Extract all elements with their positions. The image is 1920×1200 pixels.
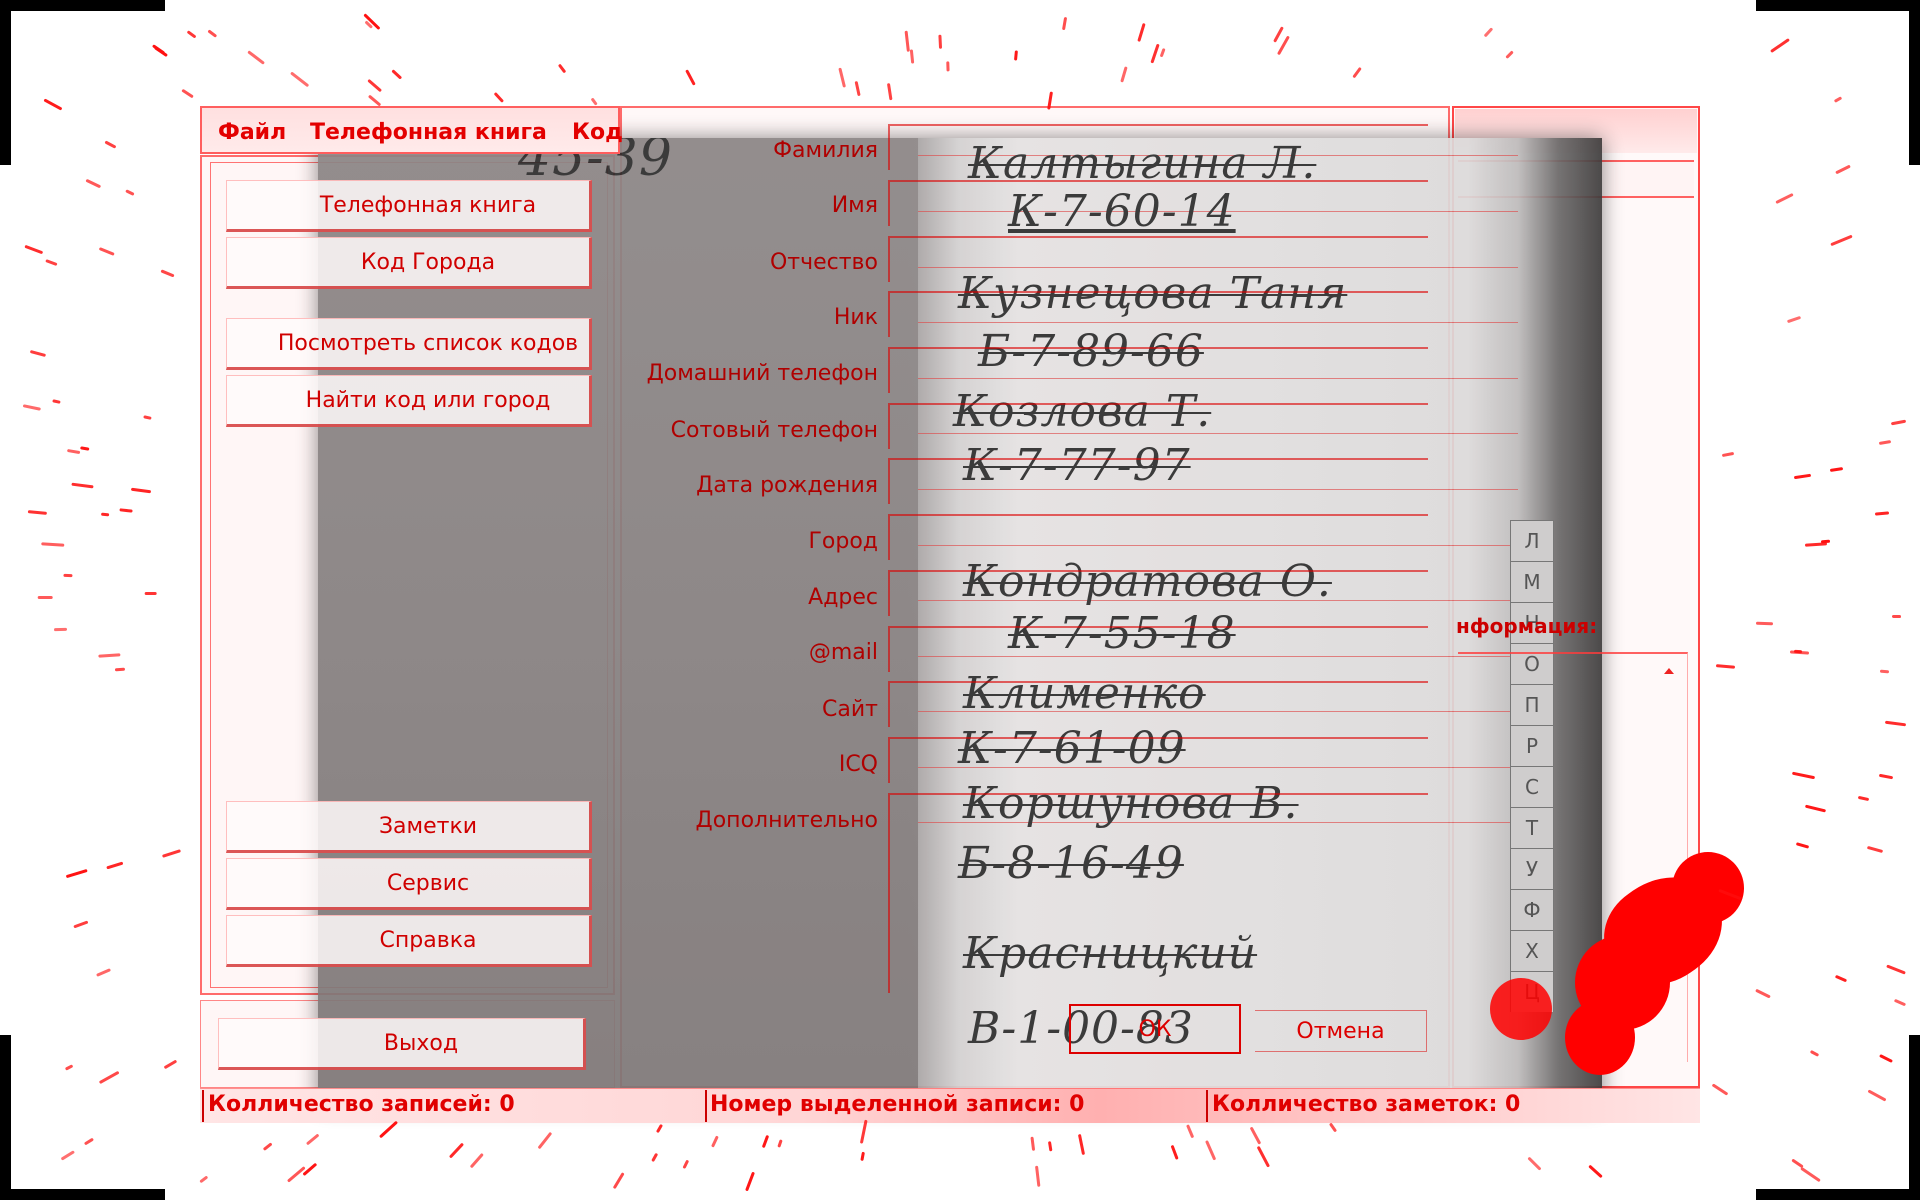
- blood-drop: [30, 350, 46, 357]
- blood-drop: [1048, 1141, 1053, 1152]
- blood-drop: [1835, 975, 1847, 982]
- label-first-name: Имя: [832, 193, 878, 218]
- blood-drop: [45, 259, 58, 266]
- blood-drop: [685, 70, 696, 86]
- blood-drop: [99, 1071, 120, 1084]
- exit-button[interactable]: Выход: [218, 1018, 586, 1070]
- blood-drop: [1894, 999, 1906, 1006]
- blood-drop: [1277, 35, 1290, 55]
- blood-drop: [162, 849, 181, 858]
- blood-drop: [1800, 1167, 1821, 1182]
- website-input[interactable]: [888, 681, 1428, 727]
- view-codes-button-label: Посмотреть список кодов: [278, 331, 578, 356]
- blood-drop: [131, 488, 151, 494]
- blood-drop: [379, 1121, 398, 1139]
- notes-count-status: Колличество заметок: 0: [1212, 1092, 1520, 1117]
- frame-corner-top-left: [0, 0, 165, 11]
- blood-drop: [1787, 315, 1801, 322]
- blood-drop: [1273, 26, 1284, 42]
- notes-button-label: Заметки: [379, 814, 477, 839]
- blood-drop: [28, 510, 47, 515]
- home-phone-input[interactable]: [888, 347, 1428, 393]
- blood-drop: [67, 449, 80, 454]
- blood-drop: [777, 1139, 782, 1148]
- frame-corner-top-left-v: [0, 0, 11, 165]
- ok-button-label: ОК: [1139, 1017, 1172, 1042]
- blood-drop: [1352, 67, 1362, 79]
- blood-drop: [1527, 1156, 1541, 1170]
- blood-drop: [1796, 842, 1810, 849]
- blood-drop: [1775, 193, 1793, 204]
- blood-drop: [1868, 1090, 1887, 1102]
- first-name-input[interactable]: [888, 180, 1428, 226]
- blood-drop: [40, 542, 63, 546]
- blood-drop: [73, 921, 88, 929]
- blood-drop: [494, 92, 504, 103]
- blood-drop: [1062, 17, 1067, 30]
- blood-drop: [1834, 96, 1843, 103]
- birth-date-input[interactable]: [888, 458, 1428, 504]
- label-birth-date: Дата рождения: [696, 473, 878, 498]
- blood-drop: [51, 399, 60, 404]
- scroll-up-arrow-icon[interactable]: [1664, 668, 1674, 674]
- label-city: Город: [808, 529, 878, 554]
- blood-drop: [163, 1060, 177, 1070]
- blood-drop: [24, 244, 43, 254]
- blood-drop: [1031, 1136, 1036, 1150]
- blood-drop: [1892, 615, 1901, 618]
- label-last-name: Фамилия: [773, 138, 878, 163]
- blood-drop: [938, 34, 942, 49]
- blood-drop: [302, 1163, 317, 1177]
- blood-drop: [1137, 23, 1145, 42]
- blood-drop: [144, 592, 156, 595]
- frame-corner-bottom-right: [1756, 1189, 1920, 1200]
- blood-drop: [1035, 1166, 1040, 1188]
- records-count-status: Колличество записей: 0: [208, 1092, 515, 1117]
- blood-drop: [854, 81, 860, 96]
- blood-drop: [43, 98, 62, 110]
- nick-input[interactable]: [888, 291, 1428, 337]
- cancel-button-label: Отмена: [1296, 1019, 1384, 1044]
- blood-drop: [1256, 1146, 1269, 1167]
- address-input[interactable]: [888, 570, 1428, 616]
- help-button-label: Справка: [380, 928, 477, 953]
- blood-drop: [860, 1152, 865, 1162]
- blood-drop: [1858, 796, 1870, 801]
- frame-corner-top-right: [1756, 0, 1920, 11]
- blood-drop: [1250, 1127, 1262, 1145]
- label-mobile-phone: Сотовый телефон: [671, 418, 878, 443]
- blood-drop: [1711, 1083, 1728, 1095]
- blood-drop: [1756, 622, 1773, 625]
- blood-drop: [651, 1152, 658, 1162]
- blood-drop: [1120, 66, 1127, 82]
- blood-drop: [66, 869, 88, 878]
- city-input[interactable]: [888, 514, 1428, 560]
- blood-drop: [71, 483, 94, 489]
- blood-drop: [61, 1150, 76, 1161]
- blood-drop: [1810, 1050, 1820, 1057]
- find-code-button[interactable]: Найти код или город: [226, 375, 592, 427]
- blood-drop: [761, 1135, 768, 1148]
- blood-splatter-icon: [1490, 978, 1552, 1040]
- blood-drop: [247, 50, 265, 65]
- blood-drop: [1770, 38, 1790, 53]
- view-codes-button[interactable]: Посмотреть список кодов: [226, 318, 592, 370]
- blood-drop: [1792, 772, 1815, 780]
- service-button-label: Сервис: [387, 871, 469, 896]
- blood-drop: [1505, 50, 1514, 59]
- city-code-button-label: Код Города: [361, 250, 495, 275]
- blood-drop: [125, 190, 135, 197]
- blood-drop: [1722, 452, 1734, 457]
- blood-drop: [1160, 47, 1166, 57]
- email-input[interactable]: [888, 626, 1428, 672]
- blood-drop: [838, 67, 846, 87]
- selected-record-status: Номер выделенной записи: 0: [710, 1092, 1084, 1117]
- blood-drop: [80, 446, 90, 451]
- blood-drop: [1830, 235, 1852, 246]
- blood-drop: [392, 69, 403, 79]
- blood-drop: [470, 1153, 484, 1168]
- blood-drop: [106, 861, 123, 869]
- blood-drop: [449, 1142, 464, 1158]
- blood-drop: [104, 140, 116, 149]
- mobile-phone-input[interactable]: [888, 403, 1428, 449]
- blood-drop: [1484, 27, 1493, 37]
- blood-drop: [101, 513, 109, 517]
- blood-drop: [152, 45, 165, 55]
- menu-file[interactable]: Файл: [218, 120, 286, 145]
- blood-drop: [558, 63, 566, 73]
- blood-drop: [143, 415, 152, 420]
- blood-drop: [745, 1172, 755, 1192]
- blood-drop: [1867, 846, 1884, 853]
- blood-drop: [1171, 1145, 1179, 1160]
- blood-drop: [1885, 720, 1906, 726]
- frame-corner-bottom-left: [0, 1189, 165, 1200]
- blood-drop: [263, 1142, 272, 1150]
- blood-drop: [1151, 44, 1160, 64]
- blood-splatter-icon: [1565, 1000, 1635, 1075]
- help-button[interactable]: Справка: [226, 915, 592, 967]
- blood-drop: [120, 508, 133, 512]
- ok-button[interactable]: ОК: [1069, 1004, 1241, 1054]
- blood-drop: [904, 31, 909, 52]
- exit-button-label: Выход: [384, 1031, 458, 1056]
- blood-drop: [946, 61, 949, 71]
- menu-phonebook[interactable]: Телефонная книга: [310, 120, 547, 145]
- blood-drop: [1078, 1134, 1085, 1155]
- frame-corner-bottom-right-v: [1909, 1035, 1920, 1200]
- blood-drop: [54, 628, 67, 631]
- blood-drop: [1805, 542, 1827, 546]
- blood-drop: [1879, 1054, 1893, 1063]
- right-search-button[interactable]: [1668, 160, 1694, 198]
- blood-drop: [909, 50, 913, 64]
- blood-drop: [85, 179, 101, 189]
- blood-drop: [84, 1137, 94, 1145]
- blood-drop: [1886, 964, 1906, 974]
- label-website: Сайт: [822, 697, 878, 722]
- blood-drop: [306, 1134, 320, 1146]
- blood-drop: [367, 78, 382, 92]
- last-name-input[interactable]: [888, 124, 1428, 170]
- status-divider: [705, 1090, 707, 1122]
- alphabet-tab: Л: [1510, 520, 1554, 561]
- blood-drop: [207, 29, 217, 38]
- info-label: нформация:: [1456, 614, 1597, 638]
- blood-drop: [590, 97, 597, 105]
- blood-drop: [1891, 420, 1906, 426]
- blood-drop: [1804, 804, 1825, 812]
- blood-drop: [1755, 989, 1770, 999]
- blood-drop: [23, 404, 41, 411]
- blood-drop: [682, 1159, 689, 1169]
- status-divider: [202, 1090, 204, 1122]
- blood-drop: [38, 596, 53, 599]
- label-icq: ICQ: [839, 752, 878, 777]
- blood-drop: [1835, 165, 1851, 175]
- blood-drop: [711, 1136, 719, 1148]
- label-email: @mail: [809, 640, 878, 665]
- blood-drop: [97, 654, 120, 658]
- blood-drop: [63, 573, 73, 576]
- cancel-button[interactable]: Отмена: [1255, 1010, 1427, 1052]
- blood-drop: [1880, 669, 1890, 673]
- blood-drop: [887, 82, 893, 100]
- blood-drop: [161, 269, 175, 277]
- blood-drop: [1879, 774, 1893, 780]
- alphabet-tab: М: [1510, 561, 1554, 602]
- blood-drop: [1793, 474, 1810, 479]
- phonebook-button-label: Телефонная книга: [320, 193, 536, 218]
- menu-bar: Файл Телефонная книга Код: [200, 106, 620, 154]
- label-address: Адрес: [808, 585, 878, 610]
- phonebook-button[interactable]: Телефонная книга: [226, 180, 592, 232]
- blood-drop: [538, 1132, 553, 1149]
- blood-drop: [656, 1124, 663, 1133]
- blood-drop: [1875, 512, 1889, 516]
- blood-drop: [182, 89, 195, 99]
- blood-drop: [1588, 1165, 1603, 1179]
- find-code-button-label: Найти код или город: [306, 388, 551, 413]
- blood-drop: [65, 1064, 74, 1070]
- blood-drop: [1206, 1140, 1217, 1161]
- status-divider: [1206, 1090, 1208, 1122]
- city-code-button[interactable]: Код Города: [226, 237, 592, 289]
- blood-drop: [1329, 1122, 1337, 1132]
- blood-drop: [290, 72, 309, 88]
- blood-drop: [97, 968, 112, 977]
- frame-corner-top-right-v: [1909, 0, 1920, 165]
- additional-textarea[interactable]: [888, 793, 1428, 993]
- blood-drop: [1830, 467, 1843, 472]
- blood-drop: [199, 1175, 208, 1183]
- blood-drop: [613, 1173, 625, 1190]
- blood-drop: [114, 668, 124, 672]
- blood-drop: [1014, 50, 1018, 60]
- blood-drop: [187, 30, 196, 38]
- frame-corner-bottom-left-v: [0, 1035, 11, 1200]
- blood-drop: [1715, 664, 1734, 669]
- notes-button[interactable]: Заметки: [226, 801, 592, 853]
- label-patronymic: Отчество: [770, 250, 878, 275]
- label-nick: Ник: [834, 305, 878, 330]
- blood-drop: [1879, 440, 1891, 445]
- blood-drop: [99, 247, 115, 256]
- label-home-phone: Домашний телефон: [647, 361, 878, 386]
- label-additional: Дополнительно: [696, 808, 878, 833]
- blood-drop: [1186, 1124, 1194, 1138]
- service-button[interactable]: Сервис: [226, 858, 592, 910]
- icq-input[interactable]: [888, 737, 1428, 783]
- blood-drop: [368, 94, 381, 106]
- patronymic-input[interactable]: [888, 236, 1428, 282]
- menu-code[interactable]: Код: [572, 120, 623, 145]
